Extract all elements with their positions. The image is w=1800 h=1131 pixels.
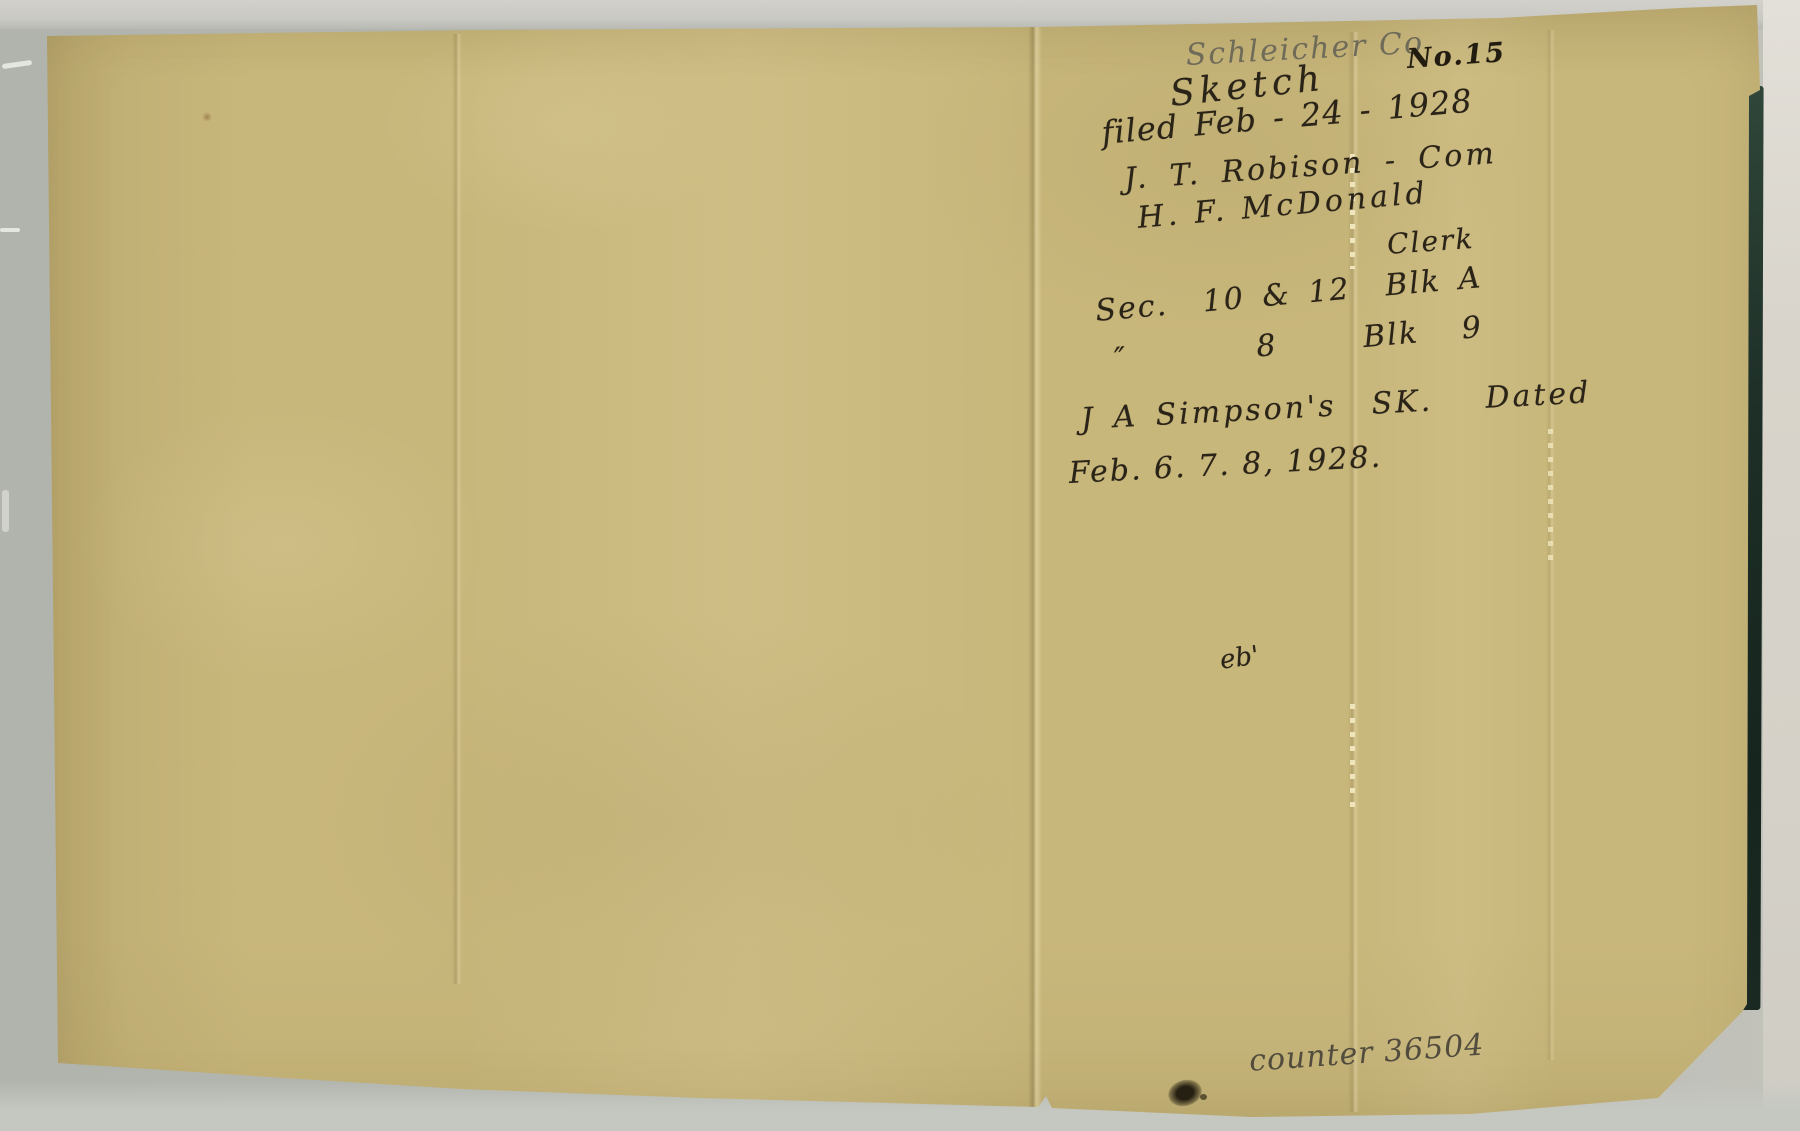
ink-blot xyxy=(1165,1076,1205,1110)
annotation-initials: eb' xyxy=(1218,641,1261,676)
folded-paper-document: Schleicher Co No.15 Sketch filed Feb - 2… xyxy=(40,4,1765,1122)
background-scratch xyxy=(2,490,9,532)
stitch-marks xyxy=(1548,429,1553,569)
ink-blot-dot xyxy=(1200,1094,1207,1100)
background-scratch xyxy=(2,60,32,69)
stitch-marks xyxy=(1350,704,1355,809)
fold-crease-left xyxy=(452,34,462,984)
annotation-source-sketch: J A Simpson's SK. Dated xyxy=(1080,375,1592,437)
scanner-bed-right-area xyxy=(1763,0,1800,1131)
background-scratch xyxy=(0,228,20,232)
fold-crease-center xyxy=(1028,26,1042,1112)
annotation-document-number: No.15 xyxy=(1406,37,1507,75)
annotation-clerk-title: Clerk xyxy=(1386,222,1475,261)
annotation-counter-number: counter 36504 xyxy=(1248,1028,1486,1079)
annotation-source-dates: Feb. 6. 7. 8, 1928. xyxy=(1068,440,1383,491)
scanned-document-page: Schleicher Co No.15 Sketch filed Feb - 2… xyxy=(0,0,1800,1131)
